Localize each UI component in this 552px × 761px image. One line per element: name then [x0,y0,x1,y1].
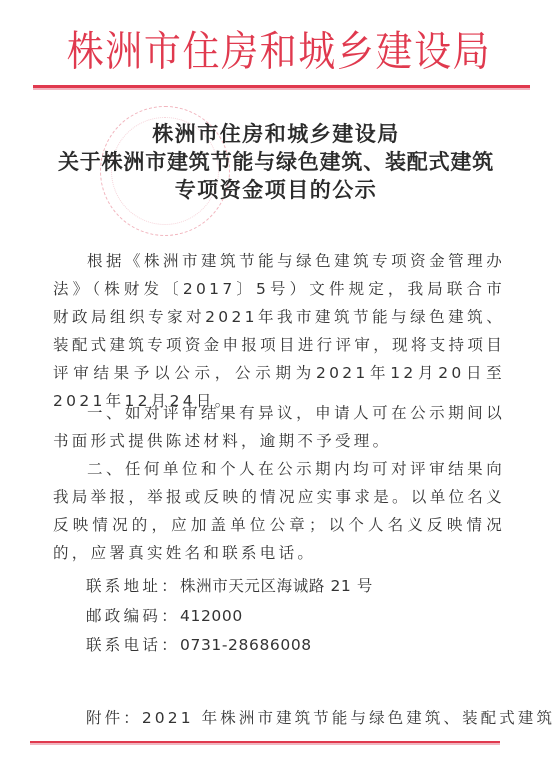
contact-postcode-value: 412000 [180,607,243,625]
contact-address-value: 株洲市天元区海诚路 21 号 [180,577,373,595]
footer-red-rule [30,741,500,743]
title-line-2: 关于株洲市建筑节能与绿色建筑、装配式建筑 [0,148,552,176]
contact-phone-value: 0731-28686008 [180,636,312,654]
attachment-text: 2021 年株洲市建筑节能与绿色建筑、装配式建筑专 [142,709,552,727]
contact-postcode-label: 邮政编码： [86,607,180,625]
attachment-label: 附件： [86,709,142,727]
title-line-1: 株洲市住房和城乡建设局 [0,120,552,148]
contact-info: 联系地址：株洲市天元区海诚路 21 号 邮政编码：412000 联系电话：073… [86,572,373,661]
body-paragraph-report: 二、任何单位和个人在公示期内均可对评审结果向我局举报，举报或反映的情况应实事求是… [53,455,505,567]
attachment-line: 附件：2021 年株洲市建筑节能与绿色建筑、装配式建筑专 [86,704,552,732]
title-line-3: 专项资金项目的公示 [0,176,552,204]
letterhead-org-name: 株洲市住房和城乡建设局 [0,24,552,80]
body-paragraph-objection: 一、如对评审结果有异议，申请人可在公示期间以书面形式提供陈述材料，逾期不予受理。 [53,399,505,455]
contact-address: 联系地址：株洲市天元区海诚路 21 号 [86,572,373,602]
contact-address-label: 联系地址： [86,577,180,595]
body-paragraph-basis: 根据《株洲市建筑节能与绿色建筑专项资金管理办法》（株财发〔2017〕5号）文件规… [53,247,505,415]
document-title: 株洲市住房和城乡建设局 关于株洲市建筑节能与绿色建筑、装配式建筑 专项资金项目的… [0,120,552,204]
contact-phone-label: 联系电话： [86,636,180,654]
contact-postcode: 邮政编码：412000 [86,602,373,632]
contact-phone: 联系电话：0731-28686008 [86,631,373,661]
letterhead-red-rule [33,85,530,88]
